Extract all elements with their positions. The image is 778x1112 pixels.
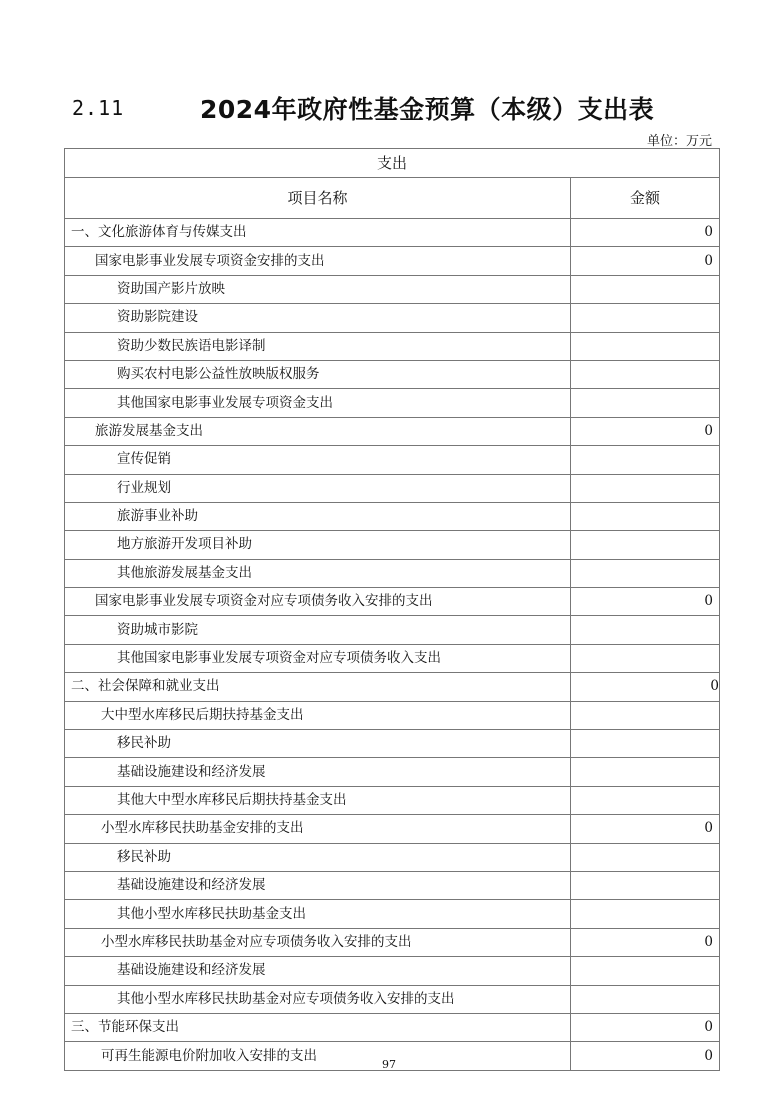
row-amount: [571, 275, 720, 303]
row-amount: [571, 502, 720, 530]
row-name: 大中型水库移民后期扶持基金支出: [65, 701, 571, 729]
row-name: 其他大中型水库移民后期扶持基金支出: [65, 786, 571, 814]
row-name: 基础设施建设和经济发展: [65, 957, 571, 985]
row-amount: [571, 730, 720, 758]
table-row: 其他小型水库移民扶助基金支出: [65, 900, 720, 928]
group-header-row: 支出: [65, 149, 720, 178]
row-name: 国家电影事业发展专项资金安排的支出: [65, 247, 571, 275]
row-name: 国家电影事业发展专项资金对应专项债务收入安排的支出: [65, 588, 571, 616]
table-row: 资助城市影院: [65, 616, 720, 644]
table-row: 其他国家电影事业发展专项资金对应专项债务收入支出: [65, 644, 720, 672]
table-row: 资助少数民族语电影译制: [65, 332, 720, 360]
row-name: 基础设施建设和经济发展: [65, 871, 571, 899]
row-name: 二、社会保障和就业支出: [65, 673, 571, 701]
unit-label: 单位：万元: [647, 130, 712, 149]
table-row: 移民补助: [65, 730, 720, 758]
row-name: 资助少数民族语电影译制: [65, 332, 571, 360]
row-name: 移民补助: [65, 843, 571, 871]
row-name: 其他旅游发展基金支出: [65, 559, 571, 587]
row-amount: 0: [571, 673, 720, 701]
table-row: 三、节能环保支出0: [65, 1013, 720, 1041]
row-amount: [571, 446, 720, 474]
column-header-name: 项目名称: [65, 178, 571, 219]
table-row: 资助影院建设: [65, 304, 720, 332]
row-amount: [571, 616, 720, 644]
row-amount: [571, 360, 720, 388]
row-name: 地方旅游开发项目补助: [65, 531, 571, 559]
row-name: 旅游事业补助: [65, 502, 571, 530]
row-name: 其他小型水库移民扶助基金支出: [65, 900, 571, 928]
row-name: 旅游发展基金支出: [65, 417, 571, 445]
row-amount: [571, 474, 720, 502]
row-name: 移民补助: [65, 730, 571, 758]
column-header-amount: 金额: [571, 178, 720, 219]
row-amount: [571, 559, 720, 587]
row-amount: [571, 644, 720, 672]
table-row: 一、文化旅游体育与传媒支出0: [65, 219, 720, 247]
row-name: 小型水库移民扶助基金安排的支出: [65, 815, 571, 843]
row-amount: [571, 304, 720, 332]
row-amount: 0: [571, 219, 720, 247]
table-row: 国家电影事业发展专项资金对应专项债务收入安排的支出0: [65, 588, 720, 616]
row-name: 三、节能环保支出: [65, 1013, 571, 1041]
table-row: 购买农村电影公益性放映版权服务: [65, 360, 720, 388]
row-amount: [571, 786, 720, 814]
table-row: 基础设施建设和经济发展: [65, 957, 720, 985]
table-row: 旅游发展基金支出0: [65, 417, 720, 445]
table-row: 其他旅游发展基金支出: [65, 559, 720, 587]
row-amount: [571, 701, 720, 729]
row-name: 购买农村电影公益性放映版权服务: [65, 360, 571, 388]
table-row: 行业规划: [65, 474, 720, 502]
row-amount: 0: [571, 928, 720, 956]
row-name: 其他国家电影事业发展专项资金支出: [65, 389, 571, 417]
row-amount: 0: [571, 815, 720, 843]
row-name: 一、文化旅游体育与传媒支出: [65, 219, 571, 247]
row-amount: [571, 332, 720, 360]
section-number: 2.11: [72, 96, 124, 120]
row-name: 其他国家电影事业发展专项资金对应专项债务收入支出: [65, 644, 571, 672]
table-row: 小型水库移民扶助基金安排的支出0: [65, 815, 720, 843]
row-amount: 0: [571, 417, 720, 445]
row-amount: 0: [571, 247, 720, 275]
table-row: 小型水库移民扶助基金对应专项债务收入安排的支出0: [65, 928, 720, 956]
table-row: 基础设施建设和经济发展: [65, 758, 720, 786]
table-row: 其他小型水库移民扶助基金对应专项债务收入安排的支出: [65, 985, 720, 1013]
row-amount: 0: [571, 588, 720, 616]
row-name: 宣传促销: [65, 446, 571, 474]
row-name: 资助城市影院: [65, 616, 571, 644]
row-name: 其他小型水库移民扶助基金对应专项债务收入安排的支出: [65, 985, 571, 1013]
row-amount: [571, 900, 720, 928]
group-header: 支出: [65, 149, 720, 178]
table-row: 宣传促销: [65, 446, 720, 474]
table-row: 其他国家电影事业发展专项资金支出: [65, 389, 720, 417]
table-row: 大中型水库移民后期扶持基金支出: [65, 701, 720, 729]
row-amount: [571, 389, 720, 417]
table-row: 资助国产影片放映: [65, 275, 720, 303]
row-name: 行业规划: [65, 474, 571, 502]
table-row: 地方旅游开发项目补助: [65, 531, 720, 559]
table-row: 二、社会保障和就业支出0: [65, 673, 720, 701]
row-name: 小型水库移民扶助基金对应专项债务收入安排的支出: [65, 928, 571, 956]
table-row: 移民补助: [65, 843, 720, 871]
row-amount: [571, 957, 720, 985]
row-amount: 0: [571, 1013, 720, 1041]
page-title: 2024年政府性基金预算（本级）支出表: [200, 90, 654, 126]
row-name: 资助影院建设: [65, 304, 571, 332]
row-amount: [571, 843, 720, 871]
row-amount: [571, 985, 720, 1013]
column-header-row: 项目名称 金额: [65, 178, 720, 219]
row-name: 基础设施建设和经济发展: [65, 758, 571, 786]
table-row: 基础设施建设和经济发展: [65, 871, 720, 899]
table-row: 其他大中型水库移民后期扶持基金支出: [65, 786, 720, 814]
row-name: 资助国产影片放映: [65, 275, 571, 303]
table-row: 国家电影事业发展专项资金安排的支出0: [65, 247, 720, 275]
table-row: 旅游事业补助: [65, 502, 720, 530]
row-amount: [571, 871, 720, 899]
page-number: 97: [0, 1058, 778, 1071]
row-amount: [571, 531, 720, 559]
expenditure-table: 支出 项目名称 金额 一、文化旅游体育与传媒支出0国家电影事业发展专项资金安排的…: [64, 148, 720, 1071]
row-amount: [571, 758, 720, 786]
